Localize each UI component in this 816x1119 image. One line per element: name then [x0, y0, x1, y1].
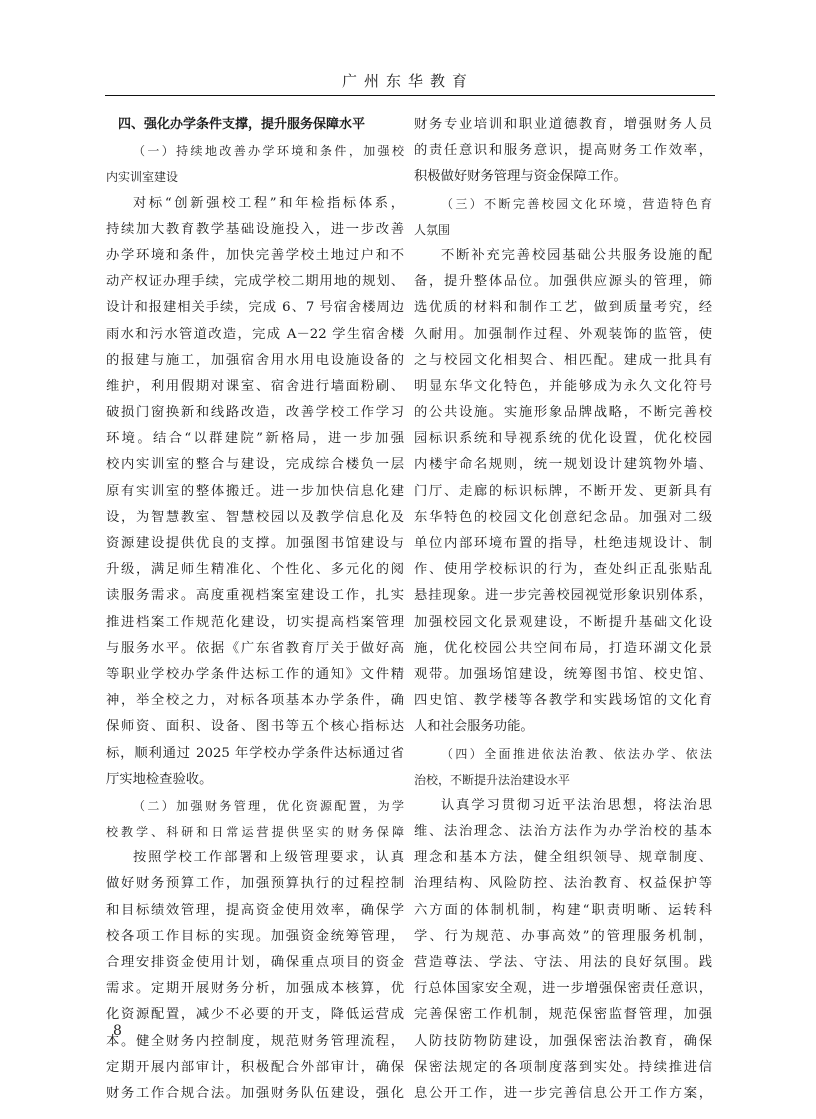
subsection-heading-line: 治校，不断提升法治建设水平 [414, 767, 712, 793]
text-line: 选优质的材料和制作工艺，做到质量考究，经 [414, 295, 712, 321]
text-line: 久耐用。加强制作过程、外观装饰的监管，使 [414, 322, 712, 348]
text-line: 作、使用学校标识的行为，查处纠正乱张贴乱 [414, 557, 712, 583]
text-line: 办学环境和条件，加快完善学校土地过户和不 [106, 243, 404, 269]
text-line: 园标识系统和导视系统的优化设置，优化校园 [414, 426, 712, 452]
text-line: 合理安排资金使用计划，确保重点项目的资金 [106, 950, 404, 976]
text-line: 本。健全财务内控制度，规范财务管理流程， [106, 1029, 404, 1055]
text-line: 完善保密工作机制，规范保密监督管理，加强 [414, 1002, 712, 1028]
text-line: 人和社会服务功能。 [414, 714, 712, 740]
text-line: 雨水和污水管道改造，完成 A－22 学生宿舍楼 [106, 322, 404, 348]
text-line: 东华特色的校园文化创意纪念品。加强对二级 [414, 505, 712, 531]
text-line: 原有实训室的整体搬迁。进一步加快信息化建 [106, 479, 404, 505]
text-line: 施，优化校园公共空间布局，打造环湖文化景 [414, 636, 712, 662]
text-line: 化资源配置，减少不必要的开支，降低运营成 [106, 1002, 404, 1028]
section-heading: 四、强化办学条件支撑，提升服务保障水平 [106, 112, 404, 138]
subsection-heading-line: （二）加强财务管理，优化资源配置，为学 [106, 793, 404, 819]
text-line: 做好财务预算工作，加强预算执行的过程控制 [106, 871, 404, 897]
text-line: 的报建与施工，加强宿舍用水用电设施设备的 [106, 348, 404, 374]
text-line: 认真学习贯彻习近平法治思想，将法治思 [414, 793, 712, 819]
subsection-heading-line: （四）全面推进依法治教、依法办学、依法 [414, 741, 712, 767]
text-line: 财务专业培训和职业道德教育，增强财务人员 [414, 112, 712, 138]
text-line: 门厅、走廊的标识标牌，不断开发、更新具有 [414, 479, 712, 505]
text-line: 悬挂现象。进一步完善校园视觉形象识别体系， [414, 583, 712, 609]
text-line: 行总体国家安全观，进一步增强保密责任意识， [414, 976, 712, 1002]
text-line: 营造尊法、学法、守法、用法的良好氛围。践 [414, 950, 712, 976]
text-line: 环境。结合“以群建院”新格局，进一步加强 [106, 426, 404, 452]
text-line: 定期开展内部审计，积极配合外部审计，确保 [106, 1055, 404, 1081]
text-line: 厅实地检查验收。 [106, 767, 404, 793]
text-line: 之与校园文化相契合、相匹配。建成一批具有 [414, 348, 712, 374]
text-line: 理念和基本方法，健全组织领导、规章制度、 [414, 845, 712, 871]
text-line: 校各项工作目标的实现。加强资金统筹管理， [106, 924, 404, 950]
text-line: 维、法治理念、法治方法作为办学治校的基本 [414, 819, 712, 845]
text-line: 等职业学校办学条件达标工作的通知》文件精 [106, 662, 404, 688]
subsection-heading-line: 校教学、科研和日常运营提供坚实的财务保障 [106, 819, 404, 845]
text-line: 六方面的体制机制，构建“职责明晰、运转科 [414, 898, 712, 924]
subsection-heading-line: （一）持续地改善办学环境和条件，加强校 [106, 138, 404, 164]
left-text-column: 四、强化办学条件支撑，提升服务保障水平（一）持续地改善办学环境和条件，加强校内实… [106, 112, 404, 1107]
text-line: 破损门窗换新和线路改造，改善学校工作学习 [106, 400, 404, 426]
text-line: 息公开工作，进一步完善信息公开工作方案， [414, 1081, 712, 1107]
text-line: 单位内部环境布置的指导，杜绝违规设计、制 [414, 531, 712, 557]
text-line: 校内实训室的整合与建设，完成综合楼负一层 [106, 452, 404, 478]
text-line: 的责任意识和服务意识，提高财务工作效率， [414, 138, 712, 164]
text-line: 保密法规定的各项制度落到实处。持续推进信 [414, 1055, 712, 1081]
text-line: 按照学校工作部署和上级管理要求，认真 [106, 845, 404, 871]
text-line: 标，顺利通过 2025 年学校办学条件达标通过省 [106, 741, 404, 767]
subsection-heading-line: （三）不断完善校园文化环境，营造特色育 [414, 191, 712, 217]
text-line: 明显东华文化特色，并能够成为永久文化符号 [414, 374, 712, 400]
text-line: 读服务需求。高度重视档案室建设工作，扎实 [106, 583, 404, 609]
text-line: 人防技防物防建设，加强保密法治教育，确保 [414, 1029, 712, 1055]
text-line: 资源建设提供优良的支撑。加强图书馆建设与 [106, 531, 404, 557]
text-line: 动产权证办理手续，完成学校二期用地的规划、 [106, 269, 404, 295]
text-line: 设，为智慧教室、智慧校园以及教学信息化及 [106, 505, 404, 531]
right-text-column: 财务专业培训和职业道德教育，增强财务人员的责任意识和服务意识，提高财务工作效率，… [414, 112, 712, 1107]
text-line: 持续加大教育教学基础设施投入，进一步改善 [106, 217, 404, 243]
text-line: 学、行为规范、办事高效”的管理服务机制， [414, 924, 712, 950]
text-line: 内楼宇命名规则，统一规划设计建筑物外墙、 [414, 452, 712, 478]
subsection-heading-line: 内实训室建设 [106, 164, 404, 190]
journal-header-title: 广州东华教育 [0, 70, 816, 91]
subsection-heading-line: 人氛围 [414, 217, 712, 243]
text-line: 积极做好财务管理与资金保障工作。 [414, 164, 712, 190]
text-line: 财务工作合规合法。加强财务队伍建设，强化 [106, 1081, 404, 1107]
text-line: 观带。加强场馆建设，统筹图书馆、校史馆、 [414, 662, 712, 688]
text-line: 升级，满足师生精准化、个性化、多元化的阅 [106, 557, 404, 583]
text-line: 备，提升整体品位。加强供应源头的管理，筛 [414, 269, 712, 295]
text-line: 的公共设施。实施形象品牌战略，不断完善校 [414, 400, 712, 426]
header-divider [105, 95, 715, 96]
text-line: 与服务水平。依据《广东省教育厅关于做好高 [106, 636, 404, 662]
text-line: 加强校园文化景观建设，不断提升基础文化设 [414, 610, 712, 636]
text-line: 推进档案工作规范化建设，切实提高档案管理 [106, 610, 404, 636]
text-line: 维护，利用假期对课室、宿舍进行墙面粉刷、 [106, 374, 404, 400]
text-line: 四史馆、教学楼等各教学和实践场馆的文化育 [414, 688, 712, 714]
text-line: 保师资、面积、设备、图书等五个核心指标达 [106, 714, 404, 740]
text-line: 和目标绩效管理，提高资金使用效率，确保学 [106, 898, 404, 924]
text-line: 神，举全校之力，对标各项基本办学条件，确 [106, 688, 404, 714]
text-line: 治理结构、风险防控、法治教育、权益保护等 [414, 871, 712, 897]
text-line: 需求。定期开展财务分析，加强成本核算，优 [106, 976, 404, 1002]
page-number: 8 [113, 1023, 122, 1039]
text-line: 对标“创新强校工程”和年检指标体系， [106, 191, 404, 217]
text-line: 设计和报建相关手续，完成 6、7 号宿舍楼周边 [106, 295, 404, 321]
text-line: 不断补充完善校园基础公共服务设施的配 [414, 243, 712, 269]
